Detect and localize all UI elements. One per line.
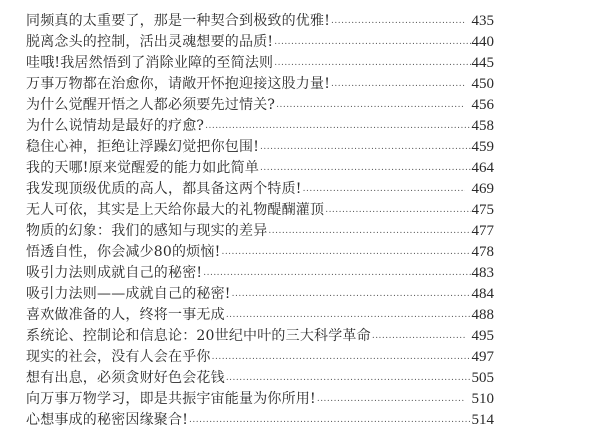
toc-entry[interactable]: 悟透自性，你会减少80的烦恼! 478 — [26, 242, 494, 263]
toc-entry[interactable]: 系统论、控制论和信息论：20世纪中叶的三大科学革命 495 — [26, 326, 494, 347]
toc-entry-page: 495 — [472, 326, 495, 347]
toc-entry-title: 想有出息，必须贪财好色会花钱 — [26, 368, 225, 389]
dot-leader — [372, 326, 465, 347]
toc-entry-page: 464 — [472, 158, 495, 179]
dot-leader — [268, 221, 470, 242]
dot-leader — [274, 32, 470, 53]
dot-leader — [331, 74, 464, 95]
toc-entry-title: 哇哦!我居然悟到了消除业障的至简法则 — [26, 53, 273, 74]
toc-entry-title: 万事万物都在治愈你，请敞开怀抱迎接这股力量! — [26, 74, 330, 95]
toc-entry-title: 无人可依，其实是上天给你最大的礼物醍醐灌顶 — [26, 200, 324, 221]
toc-entry-title: 向万事万物学习，即是共振宇宙能量为你所用! — [26, 389, 316, 410]
toc-entry[interactable]: 我的天哪!原来觉醒爱的能力如此简单 464 — [26, 158, 494, 179]
dot-leader — [212, 347, 471, 368]
dot-leader — [203, 263, 470, 284]
toc-entry[interactable]: 稳住心神，拒绝让浮躁幻觉把你包围! 459 — [26, 137, 494, 158]
toc-entry[interactable]: 为什么说情劫是最好的疗愈? 458 — [26, 116, 494, 137]
toc-entry-page: 514 — [472, 410, 495, 431]
toc-entry-page: 456 — [472, 95, 495, 116]
toc-entry-title: 脱离念头的控制，活出灵魂想要的品质! — [26, 32, 273, 53]
toc-entry[interactable]: 想有出息，必须贪财好色会花钱 505 — [26, 368, 494, 389]
toc-entry[interactable]: 哇哦!我居然悟到了消除业障的至简法则 445 — [26, 53, 494, 74]
table-of-contents: 同频真的太重要了，那是一种契合到极致的优雅! 435 脱离念头的控制，活出灵魂想… — [26, 11, 494, 431]
toc-entry[interactable]: 向万事万物学习，即是共振宇宙能量为你所用! 510 — [26, 389, 494, 410]
toc-entry-page: 477 — [472, 221, 495, 242]
toc-entry[interactable]: 我发现顶级优质的高人，都具备这两个特质! 469 — [26, 179, 494, 200]
toc-entry-page: 459 — [472, 137, 495, 158]
toc-entry-title: 吸引力法则——成就自己的秘密! — [26, 284, 231, 305]
dot-leader — [260, 137, 470, 158]
toc-entry[interactable]: 喜欢做准备的人，终将一事无成 488 — [26, 305, 494, 326]
toc-entry[interactable]: 吸引力法则成就自己的秘密! 483 — [26, 263, 494, 284]
toc-entry-title: 我发现顶级优质的高人，都具备这两个特质! — [26, 179, 302, 200]
dot-leader — [325, 200, 470, 221]
dot-leader — [221, 242, 470, 263]
toc-entry-page: 458 — [472, 116, 495, 137]
toc-entry-page: 475 — [472, 200, 495, 221]
toc-entry-title: 系统论、控制论和信息论：20世纪中叶的三大科学革命 — [26, 326, 371, 347]
dot-leader — [276, 95, 464, 116]
toc-entry[interactable]: 物质的幻象：我们的感知与现实的差异 477 — [26, 221, 494, 242]
dot-leader — [260, 158, 470, 179]
toc-entry-page: 488 — [472, 305, 495, 326]
dot-leader — [205, 116, 470, 137]
toc-entry[interactable]: 吸引力法则——成就自己的秘密! 484 — [26, 284, 494, 305]
toc-entry-page: 497 — [472, 347, 495, 368]
toc-entry-title: 为什么说情劫是最好的疗愈? — [26, 116, 204, 137]
toc-entry-page: 445 — [472, 53, 495, 74]
dot-leader — [331, 11, 464, 32]
toc-entry[interactable]: 万事万物都在治愈你，请敞开怀抱迎接这股力量! 450 — [26, 74, 494, 95]
toc-entry-title: 物质的幻象：我们的感知与现实的差异 — [26, 221, 267, 242]
toc-entry-page: 510 — [472, 389, 495, 410]
toc-entry-page: 483 — [472, 263, 495, 284]
dot-leader — [189, 410, 470, 431]
toc-entry[interactable]: 无人可依，其实是上天给你最大的礼物醍醐灌顶 475 — [26, 200, 494, 221]
dot-leader — [274, 53, 470, 74]
toc-entry-title: 稳住心神，拒绝让浮躁幻觉把你包围! — [26, 137, 259, 158]
toc-entry-page: 469 — [472, 179, 495, 200]
dot-leader — [226, 368, 471, 389]
dot-leader — [232, 284, 471, 305]
toc-entry-page: 450 — [472, 74, 495, 95]
dot-leader — [226, 305, 471, 326]
toc-entry-title: 吸引力法则成就自己的秘密! — [26, 263, 202, 284]
toc-entry[interactable]: 为什么觉醒开悟之人都必须要先过情关? 456 — [26, 95, 494, 116]
dot-leader — [303, 179, 465, 200]
toc-entry[interactable]: 心想事成的秘密因缘聚合! 514 — [26, 410, 494, 431]
toc-entry-title: 同频真的太重要了，那是一种契合到极致的优雅! — [26, 11, 330, 32]
toc-entry-page: 505 — [472, 368, 495, 389]
toc-entry-title: 我的天哪!原来觉醒爱的能力如此简单 — [26, 158, 259, 179]
toc-entry-page: 478 — [472, 242, 495, 263]
toc-entry-title: 悟透自性，你会减少80的烦恼! — [26, 242, 220, 263]
toc-entry-title: 为什么觉醒开悟之人都必须要先过情关? — [26, 95, 275, 116]
toc-entry-page: 440 — [472, 32, 495, 53]
toc-entry-page: 484 — [472, 284, 495, 305]
toc-entry[interactable]: 现实的社会，没有人会在乎你 497 — [26, 347, 494, 368]
toc-entry-title: 喜欢做准备的人，终将一事无成 — [26, 305, 225, 326]
dot-leader — [317, 389, 465, 410]
toc-entry[interactable]: 同频真的太重要了，那是一种契合到极致的优雅! 435 — [26, 11, 494, 32]
toc-entry[interactable]: 脱离念头的控制，活出灵魂想要的品质! 440 — [26, 32, 494, 53]
toc-entry-title: 心想事成的秘密因缘聚合! — [26, 410, 188, 431]
toc-entry-title: 现实的社会，没有人会在乎你 — [26, 347, 211, 368]
toc-entry-page: 435 — [472, 11, 495, 32]
